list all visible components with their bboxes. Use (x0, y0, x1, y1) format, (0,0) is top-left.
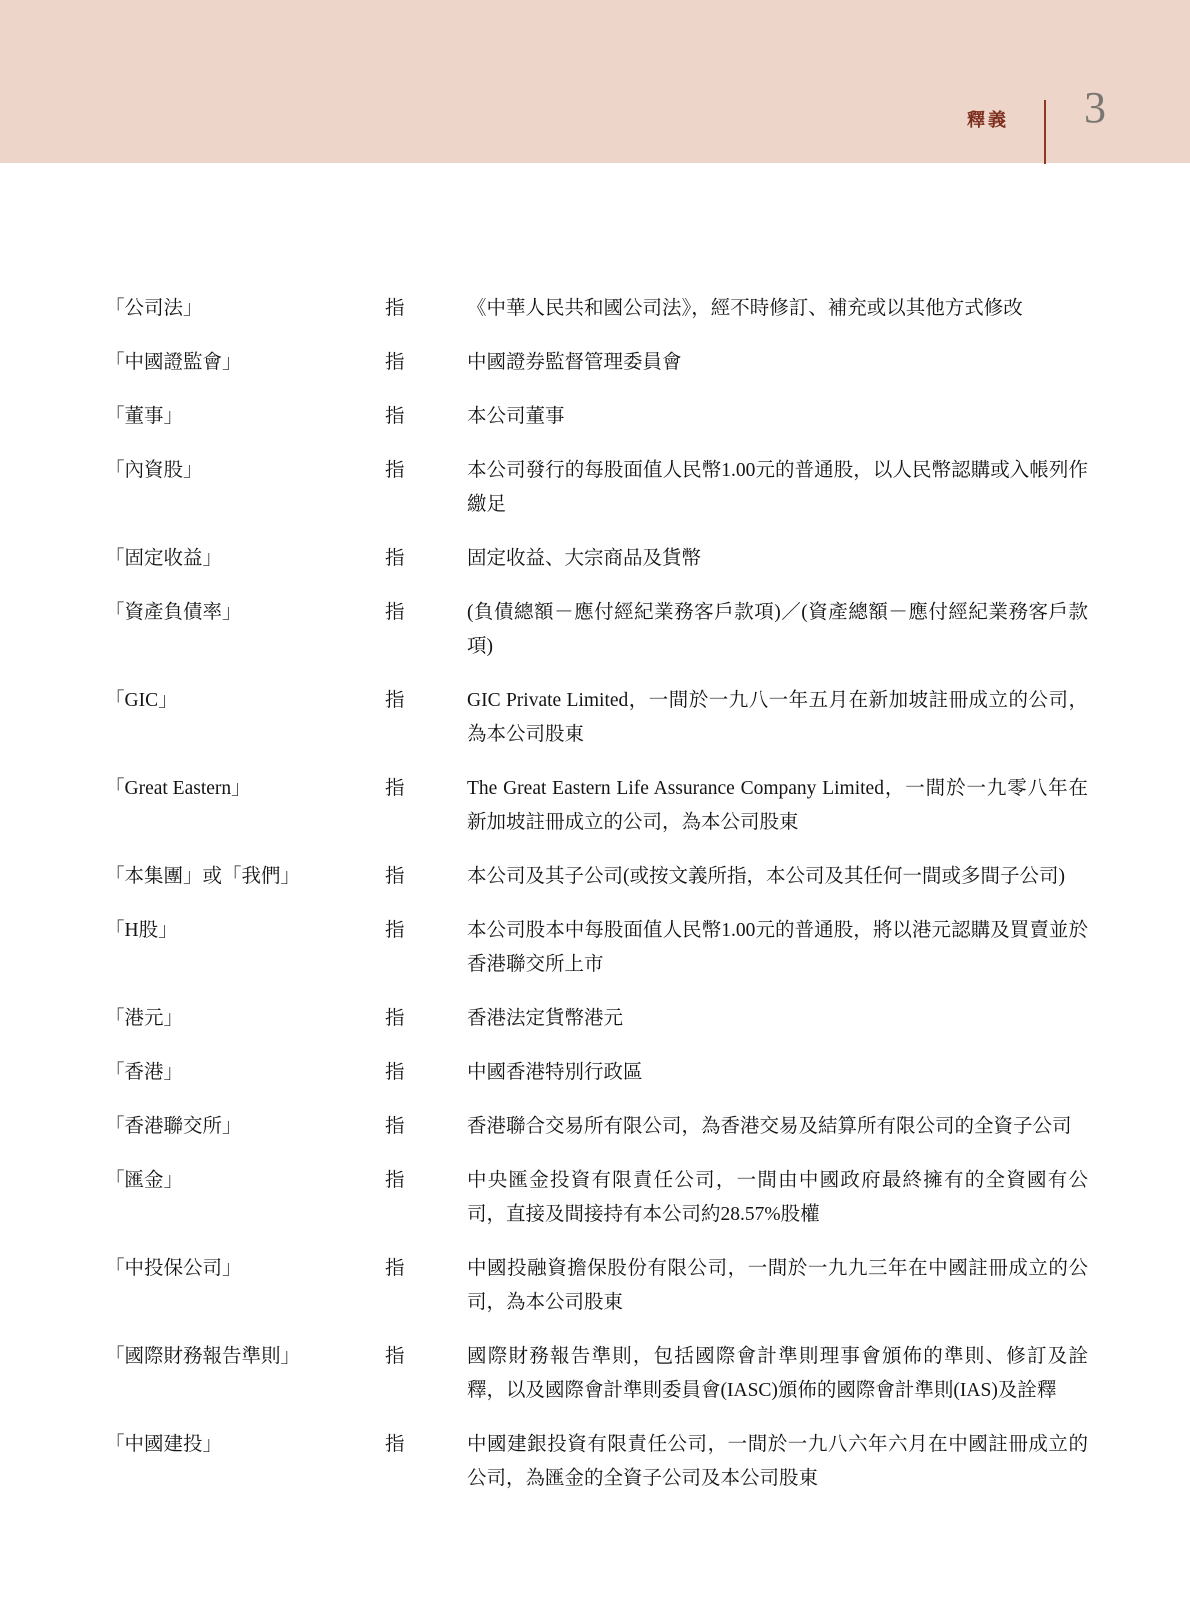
definition-connector: 指 (385, 292, 467, 326)
definition-term: 「Great Eastern」 (105, 772, 385, 806)
definition-row: 「Great Eastern」 指 The Great Eastern Life… (105, 772, 1088, 840)
definition-row: 「GIC」 指 GIC Private Limited，一間於一九八一年五月在新… (105, 684, 1088, 752)
page-header-band: 釋義 3 (0, 0, 1190, 163)
definition-term: 「內資股」 (105, 454, 385, 488)
definition-term: 「香港」 (105, 1056, 385, 1090)
definition-term: 「GIC」 (105, 684, 385, 718)
definition-connector: 指 (385, 1164, 467, 1198)
definition-term: 「公司法」 (105, 292, 385, 326)
definition-term: 「資產負債率」 (105, 596, 385, 630)
definition-row: 「董事」 指 本公司董事 (105, 400, 1088, 434)
definition-text: 《中華人民共和國公司法》，經不時修訂、補充或以其他方式修改 (467, 292, 1088, 326)
definition-connector: 指 (385, 1340, 467, 1374)
definition-text: 本公司董事 (467, 400, 1088, 434)
definition-row: 「港元」 指 香港法定貨幣港元 (105, 1002, 1088, 1036)
definition-text: 固定收益、大宗商品及貨幣 (467, 542, 1088, 576)
definitions-list: 「公司法」 指 《中華人民共和國公司法》，經不時修訂、補充或以其他方式修改 「中… (105, 292, 1088, 1516)
definition-row: 「本集團」或「我們」 指 本公司及其子公司(或按文義所指，本公司及其任何一間或多… (105, 860, 1088, 894)
definition-text: 本公司發行的每股面值人民幣1.00元的普通股，以人民幣認購或入帳列作繳足 (467, 454, 1088, 522)
header-divider (1044, 100, 1046, 164)
definition-term: 「H股」 (105, 914, 385, 948)
definition-row: 「H股」 指 本公司股本中每股面值人民幣1.00元的普通股，將以港元認購及買賣並… (105, 914, 1088, 982)
definition-row: 「國際財務報告準則」 指 國際財務報告準則，包括國際會計準則理事會頒佈的準則、修… (105, 1340, 1088, 1408)
definition-connector: 指 (385, 684, 467, 718)
definition-connector: 指 (385, 1110, 467, 1144)
definition-connector: 指 (385, 1428, 467, 1462)
definition-text: 本公司股本中每股面值人民幣1.00元的普通股，將以港元認購及買賣並於香港聯交所上… (467, 914, 1088, 982)
definition-row: 「資產負債率」 指 (負債總額－應付經紀業務客戶款項)／(資產總額－應付經紀業務… (105, 596, 1088, 664)
definition-text: 香港聯合交易所有限公司，為香港交易及結算所有限公司的全資子公司 (467, 1110, 1088, 1144)
definition-connector: 指 (385, 542, 467, 576)
definition-term: 「國際財務報告準則」 (105, 1340, 385, 1374)
definition-connector: 指 (385, 346, 467, 380)
definition-text: 國際財務報告準則，包括國際會計準則理事會頒佈的準則、修訂及詮釋，以及國際會計準則… (467, 1340, 1088, 1408)
definition-term: 「本集團」或「我們」 (105, 860, 385, 894)
section-title: 釋義 (967, 106, 1009, 132)
page-number: 3 (1084, 86, 1106, 130)
definition-row: 「固定收益」 指 固定收益、大宗商品及貨幣 (105, 542, 1088, 576)
definition-row: 「中投保公司」 指 中國投融資擔保股份有限公司，一間於一九九三年在中國註冊成立的… (105, 1252, 1088, 1320)
definition-text: 中國香港特別行政區 (467, 1056, 1088, 1090)
definition-term: 「中投保公司」 (105, 1252, 385, 1286)
definition-row: 「中國建投」 指 中國建銀投資有限責任公司，一間於一九八六年六月在中國註冊成立的… (105, 1428, 1088, 1496)
definition-connector: 指 (385, 1002, 467, 1036)
definition-row: 「內資股」 指 本公司發行的每股面值人民幣1.00元的普通股，以人民幣認購或入帳… (105, 454, 1088, 522)
definition-text: 本公司及其子公司(或按文義所指，本公司及其任何一間或多間子公司) (467, 860, 1088, 894)
definition-row: 「公司法」 指 《中華人民共和國公司法》，經不時修訂、補充或以其他方式修改 (105, 292, 1088, 326)
definition-row: 「匯金」 指 中央匯金投資有限責任公司，一間由中國政府最終擁有的全資國有公司，直… (105, 1164, 1088, 1232)
definition-connector: 指 (385, 596, 467, 630)
definition-text: 中央匯金投資有限責任公司，一間由中國政府最終擁有的全資國有公司，直接及間接持有本… (467, 1164, 1088, 1232)
definition-connector: 指 (385, 914, 467, 948)
definition-text: 中國建銀投資有限責任公司，一間於一九八六年六月在中國註冊成立的公司，為匯金的全資… (467, 1428, 1088, 1496)
definition-connector: 指 (385, 772, 467, 806)
definition-term: 「香港聯交所」 (105, 1110, 385, 1144)
prospectus-definitions-page: 釋義 3 「公司法」 指 《中華人民共和國公司法》，經不時修訂、補充或以其他方式… (0, 0, 1190, 1615)
definition-term: 「中國建投」 (105, 1428, 385, 1462)
definition-connector: 指 (385, 1056, 467, 1090)
definition-term: 「董事」 (105, 400, 385, 434)
definition-row: 「中國證監會」 指 中國證券監督管理委員會 (105, 346, 1088, 380)
definition-row: 「香港」 指 中國香港特別行政區 (105, 1056, 1088, 1090)
definition-term: 「港元」 (105, 1002, 385, 1036)
definition-text: The Great Eastern Life Assurance Company… (467, 772, 1088, 840)
definition-term: 「中國證監會」 (105, 346, 385, 380)
definition-text: GIC Private Limited，一間於一九八一年五月在新加坡註冊成立的公… (467, 684, 1088, 752)
definition-text: 中國投融資擔保股份有限公司，一間於一九九三年在中國註冊成立的公司，為本公司股東 (467, 1252, 1088, 1320)
definition-connector: 指 (385, 454, 467, 488)
definition-term: 「固定收益」 (105, 542, 385, 576)
definition-term: 「匯金」 (105, 1164, 385, 1198)
definition-text: 香港法定貨幣港元 (467, 1002, 1088, 1036)
definition-text: 中國證券監督管理委員會 (467, 346, 1088, 380)
definition-row: 「香港聯交所」 指 香港聯合交易所有限公司，為香港交易及結算所有限公司的全資子公… (105, 1110, 1088, 1144)
definition-text: (負債總額－應付經紀業務客戶款項)／(資產總額－應付經紀業務客戶款項) (467, 596, 1088, 664)
definition-connector: 指 (385, 860, 467, 894)
definition-connector: 指 (385, 1252, 467, 1286)
definition-connector: 指 (385, 400, 467, 434)
